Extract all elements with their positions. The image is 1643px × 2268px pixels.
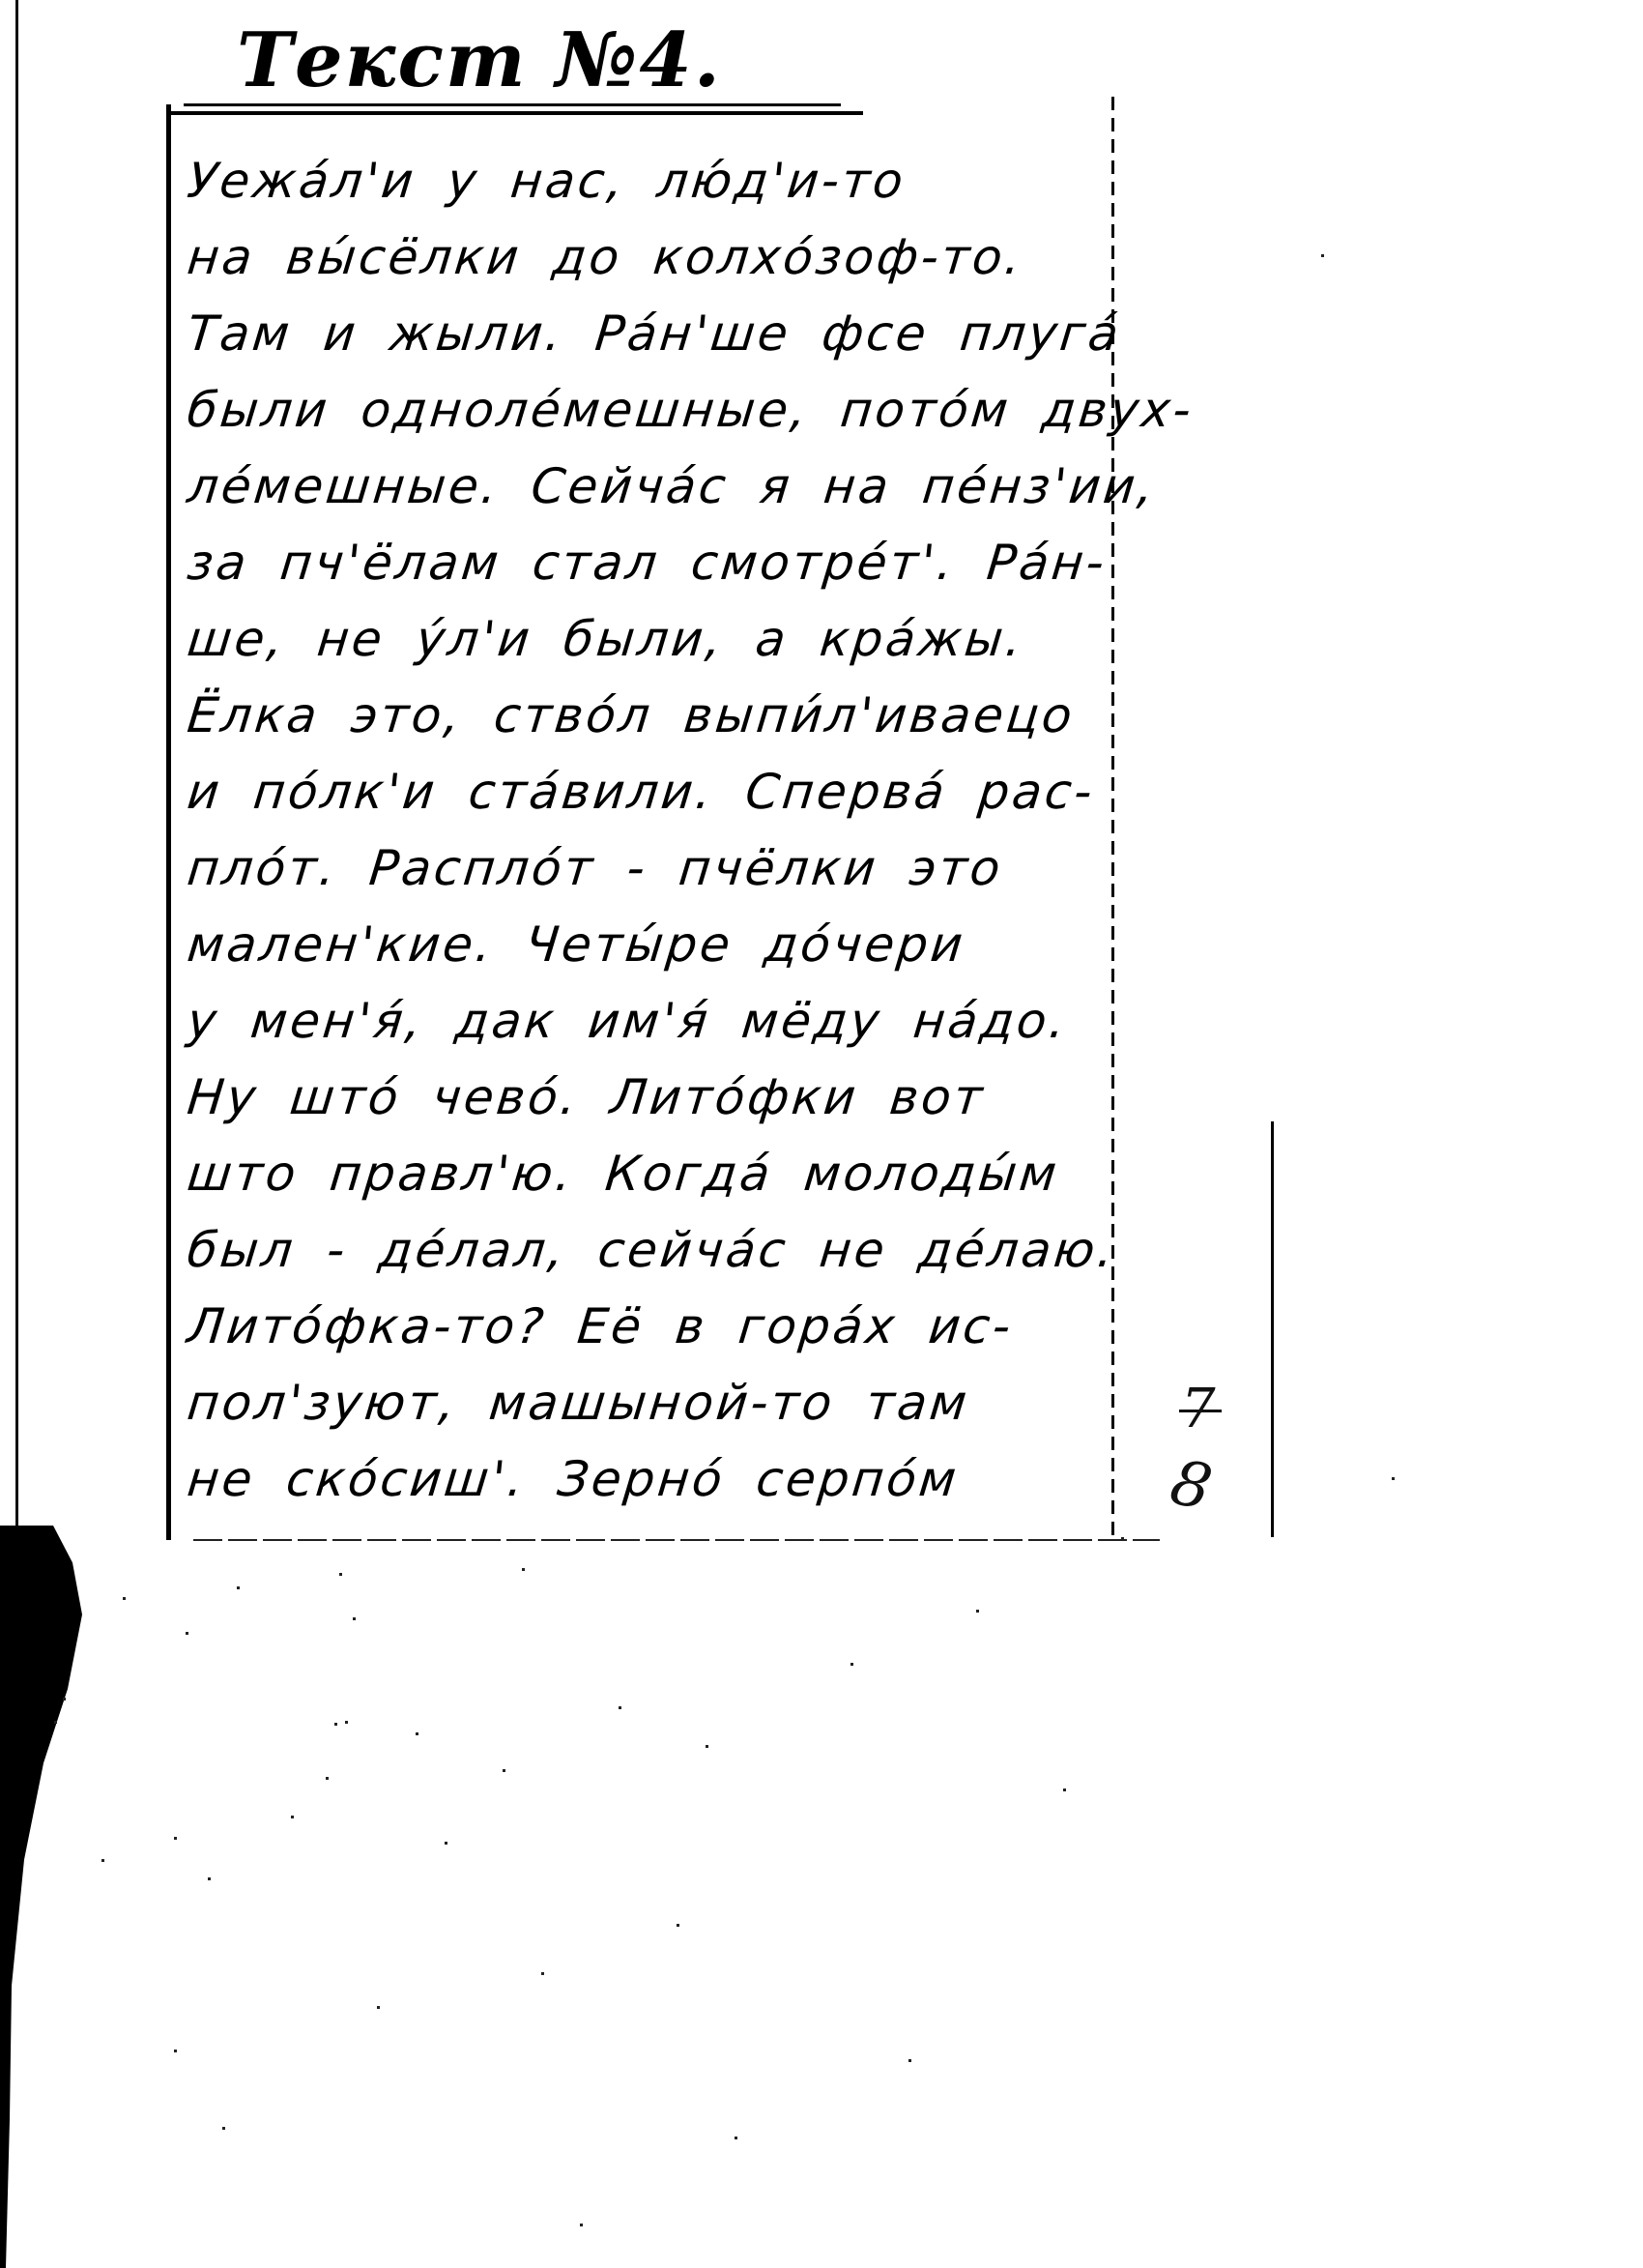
page-title: Текст №4. (237, 17, 722, 104)
text-line: ше, не у́л'и были, а кра́жы. (184, 601, 1119, 678)
text-line: пол'зуют, машыной-то там (184, 1365, 1119, 1441)
text-line: за пч'ёлам стал смотрéт'. Ра́н- (184, 525, 1119, 601)
text-line: Ну што́ чевó. Литóфки вот (184, 1060, 1119, 1136)
text-line: у мен'я́, дак им'я́ мёду на́до. (184, 983, 1119, 1060)
text-line: Ёлка это, ствóл выпи́л'иваецо (184, 678, 1119, 754)
text-line: были однолéмешные, потóм двух- (184, 372, 1119, 449)
text-line: плóт. Расплóт - пчёлки это (184, 830, 1119, 907)
text-line: Уежáл'и у нас, лю́д'и-то (184, 143, 1119, 219)
handwritten-text-block: Уежáл'и у нас, лю́д'и-то на вы́сёлки до … (184, 143, 1111, 1518)
strikethrough-mark (1179, 1410, 1222, 1412)
scan-smudge (0, 1526, 87, 2268)
text-line: на вы́сёлки до колхо́зоф-то. (184, 219, 1119, 296)
page-edge-line (15, 0, 18, 1547)
text-line: лéмешные. Сейча́с я на пéнз'ии, (184, 449, 1119, 525)
text-line: мален'кие. Четы́ре до́чери (184, 907, 1119, 983)
margin-page-number: 8 (1165, 1447, 1218, 1526)
text-box-bottom-border (193, 1539, 1160, 1541)
outer-right-border (1271, 1121, 1274, 1537)
text-line: и пóлк'и стáвили. Сперва́ рас- (184, 754, 1119, 830)
title-underline (184, 103, 841, 106)
text-line: Там и жыли. Ра́н'ше фсе плуга́ (184, 296, 1119, 372)
text-line: не скóсиш'. Зернó серпóм (184, 1441, 1119, 1518)
text-box-top-border (167, 111, 863, 115)
text-box-left-border (166, 104, 171, 1540)
text-line: што правл'ю. Когда́ молоды́м (184, 1136, 1119, 1212)
text-line: был - дéлал, сейча́с не дéлаю. (184, 1212, 1119, 1289)
text-line: Литóфка-то? Её в гора́х ис- (184, 1289, 1119, 1365)
